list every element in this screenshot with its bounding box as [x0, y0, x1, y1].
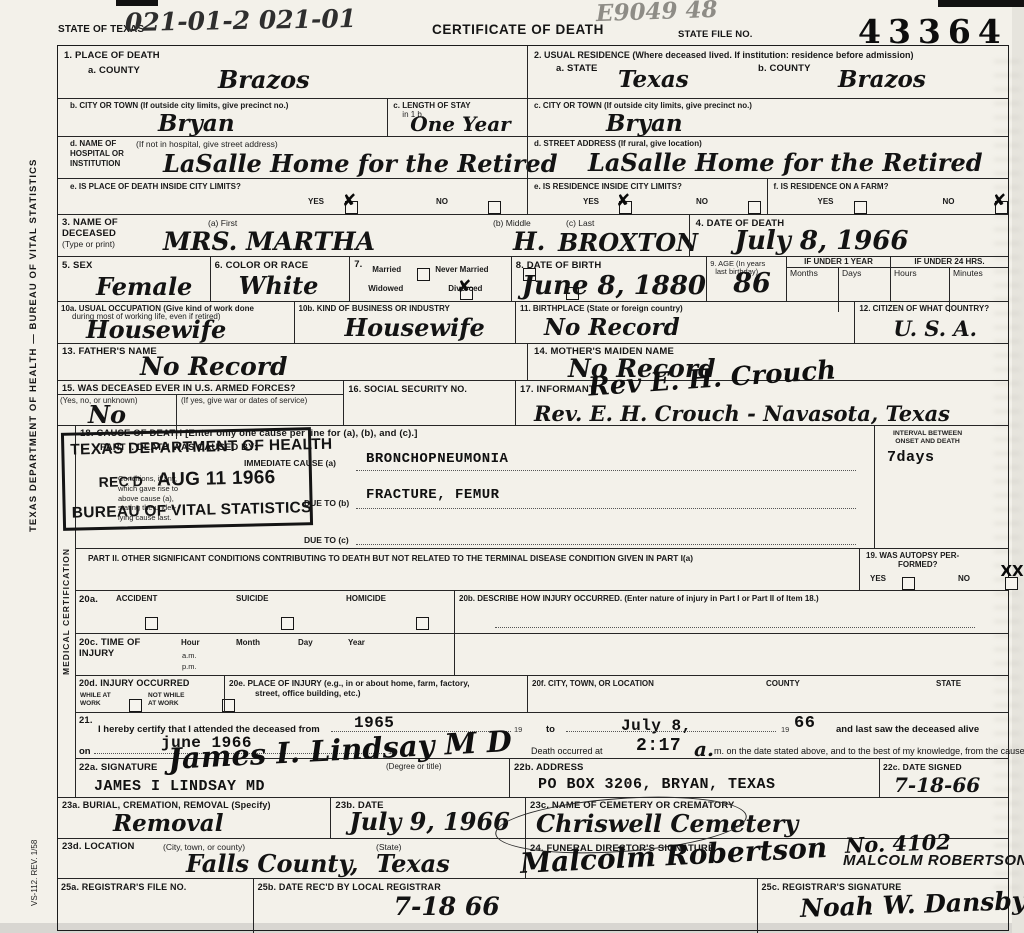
time-of-death-value: 2:17	[636, 737, 681, 755]
sex-value: Female	[96, 275, 192, 299]
scan-artifact-bar	[938, 0, 1024, 7]
color-or-race-value: White	[239, 274, 319, 298]
armed-forces-label: 15. WAS DECEASED EVER IN U.S. ARMED FORC…	[58, 381, 343, 395]
to-label: to	[546, 725, 555, 735]
immediate-cause-value: BRONCHOPNEUMONIA	[366, 452, 508, 466]
due-to-c-label: DUE TO (c)	[304, 535, 349, 546]
city-value: Bryan	[158, 112, 235, 135]
certify-text-3: m. on the date stated above, and to the …	[714, 747, 1024, 756]
manner-label: 20a.	[79, 594, 98, 605]
death-certificate-scan: TEXAS DEPARTMENT OF HEALTH — BUREAU OF V…	[0, 0, 1024, 933]
state-col-label: STATE	[936, 679, 961, 689]
pm-label: p.m.	[182, 662, 197, 671]
death-city-limits-label: e. IS PLACE OF DEATH INSIDE CITY LIMITS?	[70, 182, 241, 192]
handwritten-registrar-codes: 021-01-2 021-01	[125, 6, 357, 35]
first-name-value: MRS. MARTHA	[163, 229, 375, 254]
place-of-death-label: 1. PLACE OF DEATH	[64, 50, 160, 61]
farm-yes-checkbox	[854, 201, 867, 214]
married-checkbox	[417, 268, 430, 281]
place-of-injury-label-2: street, office building, etc.)	[255, 688, 361, 698]
am-label: a.m.	[182, 651, 197, 660]
street-address-value: LaSalle Home for the Retired	[588, 151, 982, 175]
location-value: Falls County,	[186, 852, 358, 876]
due-to-b-value: FRACTURE, FEMUR	[366, 488, 500, 502]
while-at-work-label: WHILE AT WORK	[80, 692, 111, 708]
war-dates-label: (If yes, give war or dates of service)	[181, 396, 307, 406]
scan-artifact-bar	[116, 0, 158, 6]
month-label: Month	[236, 638, 260, 648]
social-security-label: 16. SOCIAL SECURITY NO.	[348, 384, 467, 395]
injury-occurred-label: 20d. INJURY OCCURRED	[79, 678, 190, 689]
burial-removal-value: Removal	[113, 812, 223, 835]
year-19-a: 19	[514, 725, 522, 734]
state-file-no-label: STATE FILE NO.	[678, 29, 753, 40]
margin-department-vertical-text: TEXAS DEPARTMENT OF HEALTH — BUREAU OF V…	[28, 110, 39, 580]
physician-typed-name: JAMES I LINDSAY MD	[94, 779, 265, 794]
hospital-label: d. NAME OF HOSPITAL OR INSTITUTION	[70, 139, 124, 169]
hospital-value: LaSalle Home for the Retired	[163, 152, 557, 176]
widowed-label: Widowed	[368, 284, 403, 294]
while-at-work-checkbox	[129, 699, 142, 712]
hour-label: Hour	[181, 638, 200, 648]
residence-limits-no-checkbox	[748, 201, 761, 214]
interval-value: 7days	[887, 450, 935, 465]
fathers-name-value: No Record	[140, 354, 287, 379]
county-value: Brazos	[218, 68, 310, 92]
stamp-date: AUG 11 1966	[157, 467, 276, 489]
last-name-label: (c) Last	[566, 218, 594, 228]
homicide-label: HOMICIDE	[346, 594, 386, 604]
time-of-injury-label: 20c. TIME OF INJURY	[79, 637, 140, 660]
x-mark: ✘	[616, 193, 630, 210]
am-value: a.	[694, 739, 714, 759]
if-under-24-hrs-label: IF UNDER 24 HRS.	[891, 257, 1008, 268]
middle-name-value: H.	[513, 229, 545, 254]
date-recd-value: 7-18 66	[394, 894, 500, 919]
autopsy-yes: YES	[870, 574, 886, 584]
residence-county-label: b. COUNTY	[758, 63, 811, 74]
farm-yes: YES	[818, 197, 834, 207]
on-label: on	[79, 747, 91, 757]
not-while-at-work-label: NOT WHILE AT WORK	[148, 692, 184, 708]
residence-city-value: Bryan	[606, 112, 683, 135]
death-limits-yes: YES	[308, 197, 324, 207]
cause-b-line	[356, 508, 856, 509]
year-19-b: 19	[781, 725, 789, 734]
length-of-stay-value: One Year	[410, 114, 510, 134]
stamp-recd: REC'D	[98, 473, 143, 488]
divorced-label: Divorced	[448, 284, 482, 294]
date-of-birth-label: 8. DATE OF BIRTH	[516, 260, 602, 271]
autopsy-label-2: FORMED?	[898, 560, 938, 570]
usual-occupation-value: Housewife	[86, 318, 226, 342]
age-value: 86	[733, 270, 771, 297]
accident-checkbox	[145, 617, 158, 630]
citizen-value: U. S. A.	[893, 318, 977, 339]
address-label: 22b. ADDRESS	[514, 762, 584, 773]
name-of-deceased-label: 3. NAME OF DECEASED	[62, 217, 118, 240]
suicide-checkbox	[281, 617, 294, 630]
day-label: Day	[298, 638, 313, 648]
pencil-file-note: E9049 48	[596, 0, 718, 25]
autopsy-yes-checkbox	[902, 577, 915, 590]
hospital-paren-label: (If not in hospital, give street address…	[136, 139, 278, 149]
residence-city-limits-label: e. IS RESIDENCE INSIDE CITY LIMITS?	[534, 182, 682, 192]
certify-number: 21.	[79, 715, 93, 726]
farm-no-checkbox: ✘	[995, 201, 1008, 214]
injury-blank-line	[495, 627, 975, 628]
business-industry-value: Housewife	[345, 316, 485, 340]
certify-text-2: and last saw the deceased alive	[836, 725, 979, 735]
death-limits-no-checkbox	[488, 201, 501, 214]
residence-county-value: Brazos	[838, 68, 926, 91]
usual-residence-label: 2. USUAL RESIDENCE (Where deceased lived…	[534, 50, 913, 61]
interval-label: INTERVAL BETWEEN ONSET AND DEATH	[893, 430, 962, 446]
residence-limits-no: NO	[696, 197, 708, 207]
funeral-director-printed-name: MALCOLM ROBERTSON—	[843, 852, 1024, 869]
stamp-line-3: BUREAU OF VITAL STATISTICS	[72, 500, 304, 521]
x-mark: ✘	[342, 193, 356, 210]
last-name-value: BROXTON	[558, 231, 698, 255]
cause-c-line	[356, 544, 856, 545]
sex-label: 5. SEX	[62, 260, 92, 271]
to-line	[566, 731, 776, 732]
farm-no: NO	[943, 197, 955, 207]
location-state-value: Texas	[376, 852, 450, 876]
suicide-label: SUICIDE	[236, 594, 268, 604]
armed-forces-value: No	[88, 403, 126, 427]
if-under-1-year-label: IF UNDER 1 YEAR	[787, 257, 890, 268]
death-occurred-label: Death occurred at	[531, 747, 603, 756]
registrar-signature: Noah W. Dansby	[800, 888, 1024, 921]
date-signed-label: 22c. DATE SIGNED	[883, 762, 962, 772]
residence-farm-label: f. IS RESIDENCE ON A FARM?	[774, 182, 889, 192]
county-col-label: COUNTY	[766, 679, 800, 689]
residence-limits-yes-checkbox: ✘	[619, 201, 632, 214]
county-label: a. COUNTY	[88, 65, 140, 76]
never-married-label: Never Married	[435, 265, 488, 275]
physician-signature-label: 22a. SIGNATURE	[79, 762, 157, 773]
color-or-race-label: 6. COLOR OR RACE	[215, 260, 309, 271]
year-label: Year	[348, 638, 365, 648]
birthplace-value: No Record	[544, 316, 680, 339]
location-label: 23d. LOCATION	[62, 841, 135, 852]
date-of-birth-value: June 8, 1880	[522, 273, 706, 299]
date-signed-value: 7-18-66	[894, 775, 980, 795]
received-stamp: TEXAS DEPARTMENT OF HEALTH REC'D AUG 11 …	[61, 427, 313, 531]
x-mark: ✘	[992, 193, 1006, 210]
married-label: Married	[372, 265, 401, 275]
registrar-file-no-label: 25a. REGISTRAR'S FILE NO.	[61, 882, 186, 893]
informant-typed-value: Rev. E. H. Crouch - Navasota, Texas	[534, 403, 950, 424]
time-of-injury-empty-cell	[454, 634, 1008, 675]
residence-limits-yes: YES	[583, 197, 599, 207]
marital-status-label: 7.	[354, 259, 362, 270]
citizen-label: 12. CITIZEN OF WHAT COUNTRY?	[859, 304, 989, 314]
date-of-death-value: July 8, 1966	[735, 228, 909, 254]
autopsy-no: NO	[958, 574, 970, 584]
certificate-title: CERTIFICATE OF DEATH	[432, 22, 604, 38]
city-town-location-label: 20f. CITY, TOWN, OR LOCATION	[532, 679, 654, 689]
residence-state-value: Texas	[618, 68, 689, 91]
attended-from-value: 1965	[354, 715, 394, 731]
homicide-checkbox	[416, 617, 429, 630]
burial-date-value: July 9, 1966	[349, 810, 509, 834]
address-value: PO BOX 3206, BRYAN, TEXAS	[538, 777, 776, 792]
medical-certification-vertical-text: MEDICAL CERTIFICATION	[61, 548, 72, 675]
death-limits-yes-checkbox: ✘	[345, 201, 358, 214]
residence-state-label: a. STATE	[556, 63, 598, 74]
place-of-injury-label: 20e. PLACE OF INJURY (e.g., in or about …	[229, 678, 470, 688]
to-year-value: 66	[794, 715, 815, 732]
describe-injury-label: 20b. DESCRIBE HOW INJURY OCCURRED. (Ente…	[459, 594, 819, 604]
autopsy-no-checkbox: XX	[1005, 577, 1018, 590]
part2-label: PART II. OTHER SIGNIFICANT CONDITIONS CO…	[88, 553, 693, 563]
informant-label: 17. INFORMANT	[520, 384, 595, 395]
death-limits-no: NO	[436, 197, 448, 207]
type-or-print-label: (Type or print)	[62, 239, 115, 249]
xx-mark: XX	[1000, 564, 1023, 579]
accident-label: ACCIDENT	[116, 594, 157, 604]
birthplace-label: 11. BIRTHPLACE (State or foreign country…	[520, 304, 683, 314]
cause-a-line	[356, 470, 856, 471]
stamp-line-1: TEXAS DEPARTMENT OF HEALTH	[70, 437, 302, 458]
form-number-vertical-text: VS-112. REV. 1/58	[30, 820, 40, 925]
